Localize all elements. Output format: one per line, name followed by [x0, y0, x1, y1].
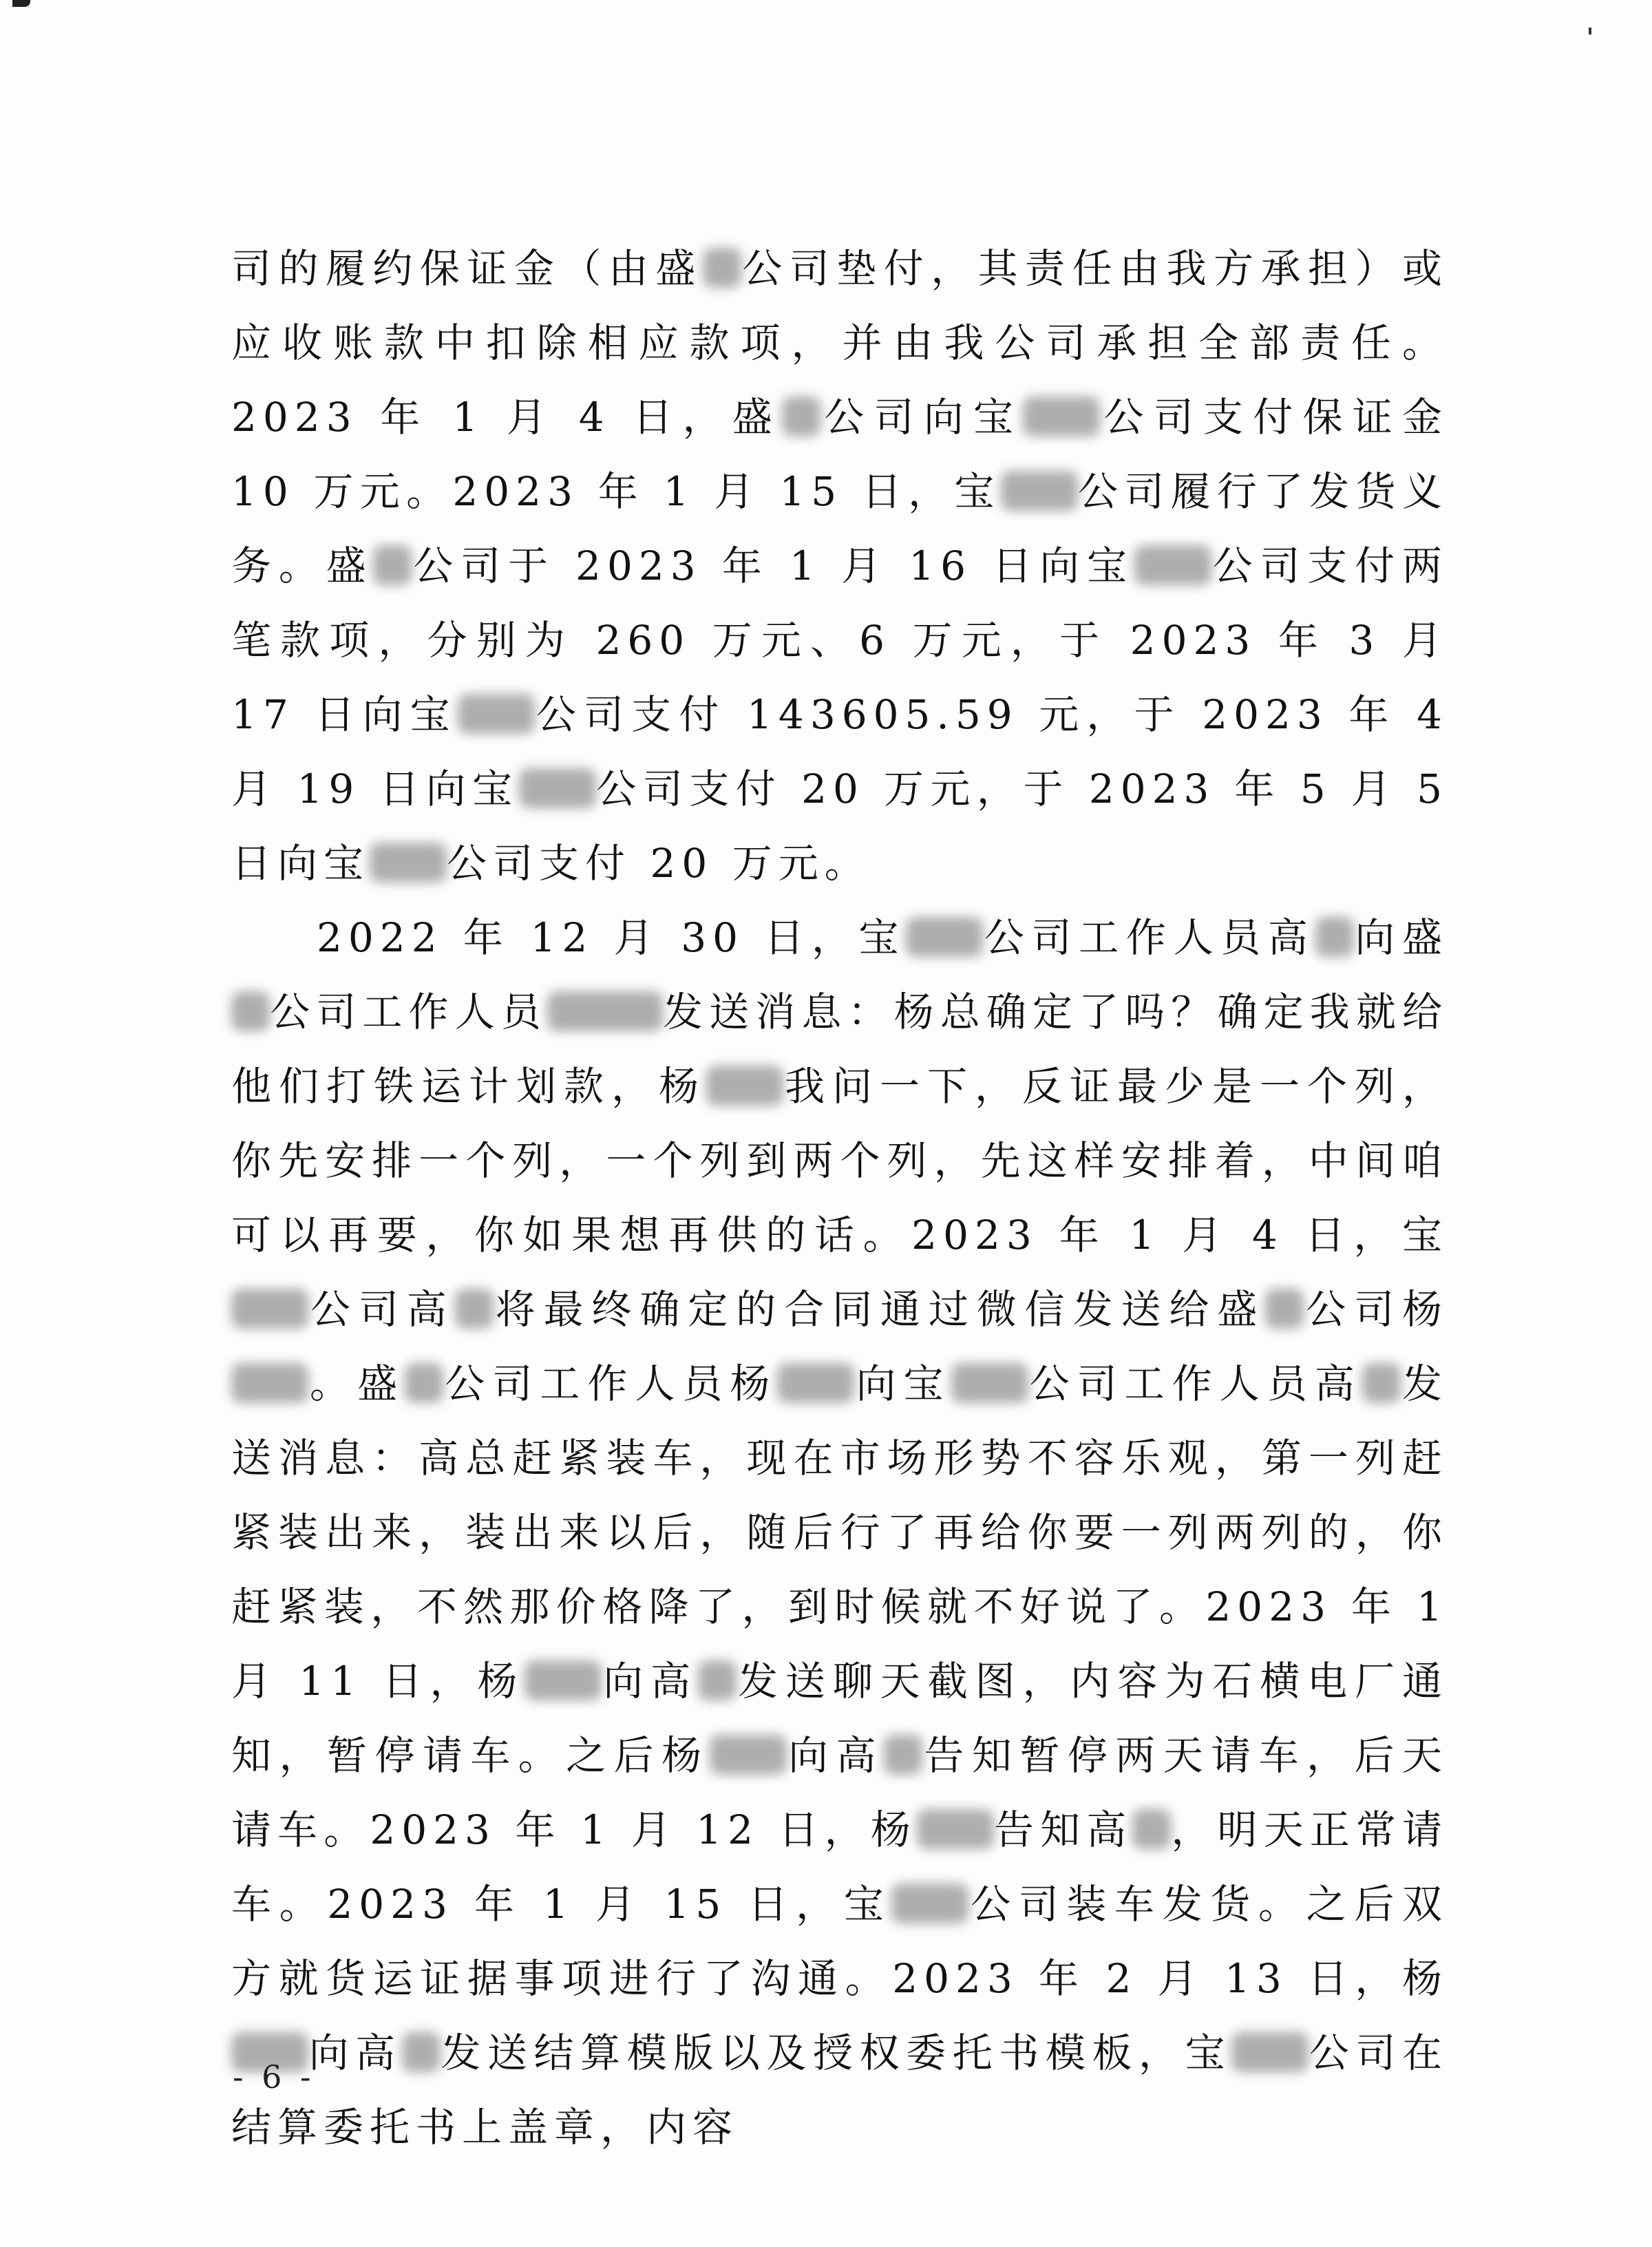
redacted-name	[1362, 1363, 1401, 1403]
redacted-name	[703, 248, 741, 288]
redacted-name	[373, 545, 412, 585]
text-segment: 公司工作人员杨	[443, 1360, 777, 1407]
text-segment: 司的履约保证金（由盛	[231, 245, 703, 292]
redacted-name	[525, 1660, 602, 1700]
redacted-name	[1265, 1289, 1304, 1329]
paragraph-communications: 2022 年 12 月 30 日，宝公司工作人员高向盛公司工作人员发送消息：杨总…	[231, 900, 1448, 2164]
redacted-name	[1231, 2032, 1309, 2072]
text-segment: 告知高	[994, 1806, 1132, 1853]
text-segment: 公司于 2023 年 1 月 16 日向宝	[412, 542, 1134, 589]
page-number: - 6 -	[233, 2058, 315, 2096]
text-segment: 向盛	[1354, 914, 1448, 961]
text-segment: 公司工作人员	[270, 989, 547, 1035]
redacted-name	[231, 1289, 308, 1329]
text-segment: 公司支付 20 万元。	[447, 840, 871, 887]
redacted-name	[884, 1735, 922, 1775]
text-segment: 公司向宝	[820, 394, 1023, 441]
text-segment: 公司杨	[1304, 1286, 1448, 1333]
text-segment: 向高	[308, 2029, 402, 2076]
redacted-name	[706, 1066, 783, 1106]
text-segment: 。盛	[308, 1360, 405, 1407]
redacted-name	[458, 694, 535, 734]
redacted-name	[1132, 1809, 1171, 1849]
redacted-name	[906, 917, 983, 957]
redacted-name	[547, 991, 663, 1031]
redacted-name	[1023, 397, 1100, 436]
redacted-name	[231, 991, 270, 1031]
redacted-name	[698, 1660, 737, 1700]
text-segment: 2022 年 12 月 30 日，宝	[317, 914, 906, 961]
text-segment: 发送结算模版以及授权委托书模板，宝	[441, 2029, 1231, 2076]
redacted-name	[1315, 917, 1354, 957]
redacted-name	[1001, 471, 1078, 511]
redacted-name	[519, 768, 596, 808]
text-segment: 公司高	[308, 1286, 455, 1333]
redacted-name	[710, 1735, 787, 1775]
redacted-name	[455, 1289, 494, 1329]
paragraph-payments: 司的履约保证金（由盛公司垫付，其责任由我方承担）或应收账款中扣除相应款项，并由我…	[231, 231, 1448, 900]
text-segment: 公司工作人员高	[983, 914, 1315, 961]
redacted-name	[951, 1363, 1028, 1403]
redacted-name	[891, 1884, 968, 1923]
text-segment: 发送消息：高总赶紧装车，现在市场形势不容乐观，第一列赶紧装出来，装出来以后，随后…	[231, 1360, 1448, 1705]
text-segment: 将最终确定的合同通过微信发送给盛	[494, 1286, 1266, 1333]
redacted-name	[917, 1809, 994, 1849]
text-segment: 向宝	[854, 1360, 951, 1407]
redacted-name	[1134, 545, 1211, 585]
document-page: 司的履约保证金（由盛公司垫付，其责任由我方承担）或应收账款中扣除相应款项，并由我…	[231, 231, 1448, 2164]
scan-speck	[1589, 28, 1591, 34]
text-segment: 向高	[602, 1658, 698, 1705]
redacted-name	[405, 1363, 443, 1403]
text-segment: 公司工作人员高	[1028, 1360, 1362, 1407]
redacted-name	[782, 397, 820, 436]
redacted-name	[402, 2032, 441, 2072]
scan-corner-mark	[12, 0, 30, 7]
redacted-name	[370, 843, 447, 883]
text-segment: 向高	[787, 1732, 884, 1779]
redacted-name	[231, 1363, 308, 1403]
redacted-name	[777, 1363, 854, 1403]
